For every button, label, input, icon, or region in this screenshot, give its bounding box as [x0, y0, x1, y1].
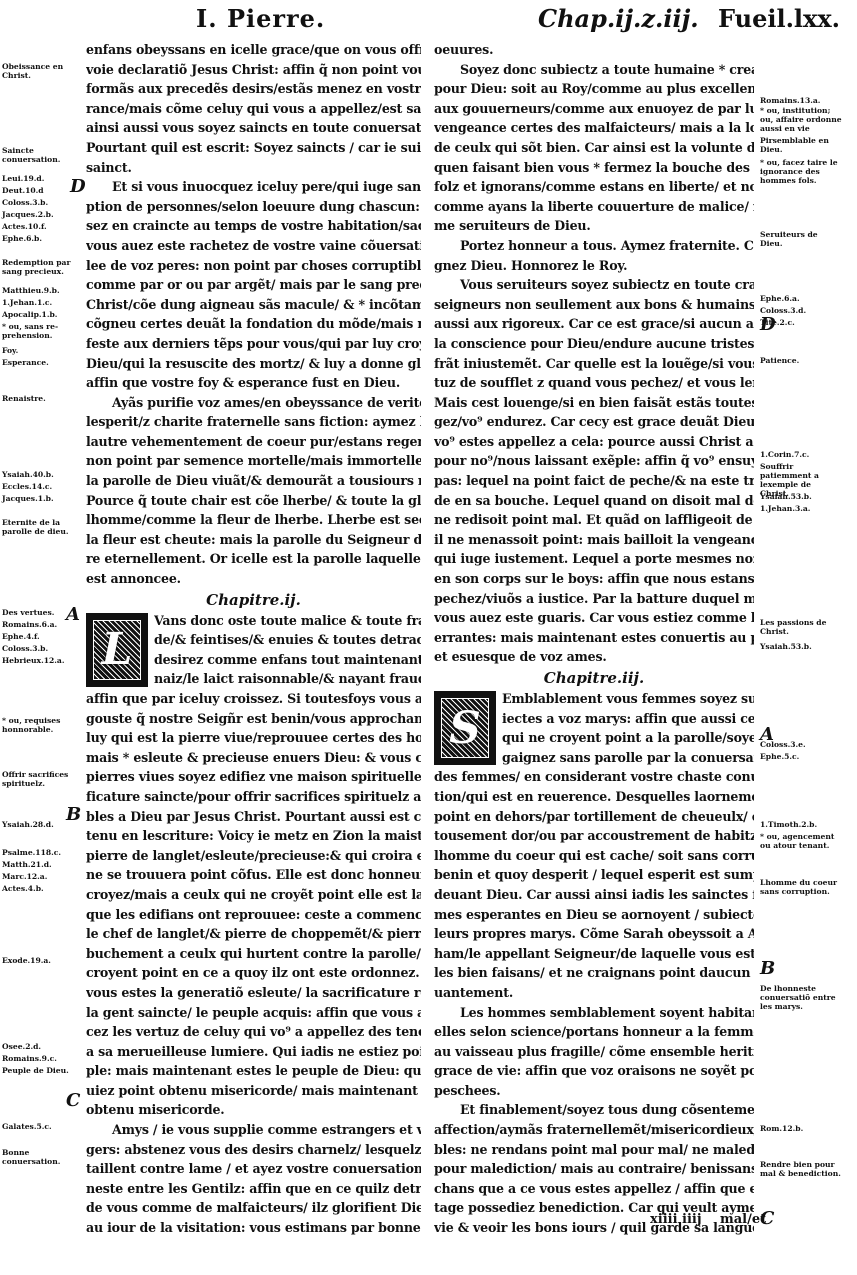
text-line: cez les vertuz de celuy qui vo⁹ a appell…	[86, 1022, 421, 1042]
margin-note: Bonne conuersation.	[2, 1148, 84, 1166]
text-line: de/& feintises/& enuies & toutes detract…	[154, 630, 421, 650]
text-line: voie declaratiõ Jesus Christ: affin q̃ n…	[86, 60, 421, 80]
text-line: qui ne croyent point a la parolle/soyent	[502, 728, 754, 748]
margin-note: Ephe.6.a.	[760, 294, 842, 303]
text-line: Pourtant quil est escrit: Soyez saincts …	[86, 138, 421, 158]
text-line: comme par or ou par argẽt/ mais par le s…	[86, 275, 421, 295]
text-line: comme ayans la liberte couuerture de mal…	[434, 197, 754, 217]
text-line: chans que a ce vous estes appellez / aff…	[434, 1179, 754, 1199]
paragraph-servants: Vous seruiteurs soyez subiectz en toute …	[434, 275, 754, 667]
text-line: aux gouuerneurs/comme aux enuoyez de par…	[434, 99, 754, 119]
margin-note: Psalme.118.c.	[2, 848, 84, 857]
text-line: Pource q̃ toute chair est cõe lherbe/ & …	[86, 491, 421, 511]
text-line: tuz de soufflet z quand vous pechez/ et …	[434, 373, 754, 393]
text-line: ption de personnes/selon loeuure dung ch…	[86, 197, 421, 217]
paragraph-submission: Soyez donc subiectz a toute humaine * cr…	[434, 60, 754, 236]
margin-note: Patience.	[760, 356, 842, 365]
margin-note: Ysaiah.53.b.	[760, 492, 842, 501]
text-line: luy qui est la pierre viue/reprouuee cer…	[86, 728, 421, 748]
margin-note: Rom.12.b.	[760, 1124, 842, 1133]
text-line: oeuures.	[434, 40, 754, 60]
text-line: vous auez este guaris. Car vous estiez c…	[434, 608, 754, 628]
margin-note: Ephe.6.b.	[2, 234, 84, 243]
margin-section-letter: B	[760, 958, 775, 979]
text-line: il ne menassoit point: mais bailloit la …	[434, 530, 754, 550]
margin-note: Apocalip.1.b.	[2, 310, 84, 319]
text-line: Portez honneur a tous. Aymez fraternite.…	[434, 236, 754, 256]
text-line: tenu en lescriture: Voicy ie metz en Zio…	[86, 826, 421, 846]
margin-note: Marc.12.a.	[2, 872, 84, 881]
text-line: gers: abstenez vous des desirs charnelz/…	[86, 1140, 421, 1160]
margin-section-letter: A	[66, 604, 80, 625]
margin-note: Hebrieux.12.a.	[2, 656, 84, 665]
text-line: Dieu/qui la resuscite des mortz/ & luy a…	[86, 354, 421, 374]
text-line: lesperit/z charite fraternelle sans fict…	[86, 412, 421, 432]
text-line: pour malediction/ mais au contraire/ ben…	[434, 1159, 754, 1179]
text-line: folz et ignorans/comme estans en liberte…	[434, 177, 754, 197]
text-line: affin que par iceluy croissez. Si toutes…	[86, 689, 421, 709]
paragraph-living-stones: affin que par iceluy croissez. Si toutes…	[86, 689, 421, 1120]
text-line: lhomme du coeur qui est cache/ soit sans…	[434, 846, 754, 866]
text-line: feste aux derniers tẽps pour vous/qui pa…	[86, 334, 421, 354]
text-line: le chef de langlet/& pierre de choppemẽt…	[86, 924, 421, 944]
text-line: uiez point obtenu misericorde/ mais main…	[86, 1081, 421, 1101]
text-line: croyent point en ce a quoy ilz ont este …	[86, 963, 421, 983]
text-line: des femmes/ en considerant vostre chaste…	[434, 767, 754, 787]
text-line: vengeance certes des malfaicteurs/ mais …	[434, 118, 754, 138]
text-line: iectes a voz marys: affin que aussi ceul…	[502, 709, 754, 729]
text-line: frãt iniustemẽt. Car quelle est la louẽg…	[434, 354, 754, 374]
margin-note: Osee.2.d.	[2, 1042, 84, 1051]
paragraph-strangers: Amys / ie vous supplie comme estrangers …	[86, 1120, 421, 1238]
margin-note: Saincte conuersation.	[2, 146, 84, 164]
margin-note: 1.Corin.7.c.	[760, 450, 842, 459]
text-line: tage possediez benediction. Car qui veul…	[434, 1198, 754, 1218]
text-line: Et finablement/soyez tous dung cõsenteme…	[434, 1100, 754, 1120]
paragraph-new-birth: Ayãs purifie voz ames/en obeyssance de v…	[86, 393, 421, 589]
chapter-heading-3: Chapitre.iij.	[434, 667, 754, 689]
text-line: de vous comme de malfaicteurs/ ilz glori…	[86, 1198, 421, 1218]
margin-note: * ou, facez taire le ignorance des homme…	[760, 158, 842, 185]
text-line: gaignez sans parolle par la conuersation	[502, 748, 754, 768]
margin-note: Seruiteurs de Dieu.	[760, 230, 842, 248]
text-line: vous auez este rachetez de vostre vaine …	[86, 236, 421, 256]
text-line: uantement.	[434, 983, 754, 1003]
text-line: ainsi aussi vous soyez saincts en toute …	[86, 118, 421, 138]
text-line: affection/aymãs fraternellemẽt/misericor…	[434, 1120, 754, 1140]
margin-note: Ephe.5.c.	[760, 752, 842, 761]
text-line: croyez/mais a ceulx qui ne croyẽt point …	[86, 885, 421, 905]
text-line: enfans obeyssans en icelle grace/que on …	[86, 40, 421, 60]
decorated-initial: S	[434, 691, 496, 765]
text-line: buchement a ceulx qui hurtent contre la …	[86, 944, 421, 964]
text-line: que les edifians ont reprouuee: ceste a …	[86, 905, 421, 925]
text-line: affin que vostre foy & esperance fust en…	[86, 373, 421, 393]
paragraph-honor-all: Portez honneur a tous. Aymez fraternite.…	[434, 236, 754, 275]
text-line: tousement dor/ou par accoustrement de ha…	[434, 826, 754, 846]
text-line: pechez/viuõs a iustice. Par la batture d…	[434, 589, 754, 609]
text-line: Mais cest louenge/si en bien faisãt estã…	[434, 393, 754, 413]
margin-section-letter: A	[760, 724, 774, 745]
text-line: leurs propres marys. Cõme Sarah obeyssoi…	[434, 924, 754, 944]
text-line: benin et quoy desperit / lequel esperit …	[434, 865, 754, 885]
paragraph-redemption: Et si vous inuocquez iceluy pere/qui iug…	[86, 177, 421, 393]
text-line: re eternellement. Or icelle est la parol…	[86, 549, 421, 569]
paragraph-wives: des femmes/ en considerant vostre chaste…	[434, 767, 754, 1002]
margin-section-letter: D	[70, 176, 86, 197]
margin-note: Ysaiah.40.b.	[2, 470, 84, 479]
initial-letter: S	[437, 694, 493, 762]
chapter-2-opening: L Vans donc oste toute malice & toute fr…	[86, 611, 421, 689]
text-line: et esuesque de voz ames.	[434, 647, 754, 667]
text-line: errantes: mais maintenant estes conuerti…	[434, 628, 754, 648]
chapter-3-opening: S Emblablement vous femmes soyez subiect…	[434, 689, 754, 767]
chapter-range: Chap.ij.z.iij.	[538, 4, 699, 33]
folio-number: Fueil.lxx.	[718, 4, 840, 33]
margin-note: Ephe.4.f.	[2, 632, 84, 641]
margin-note: Les passions de Christ.	[760, 618, 842, 636]
text-line: la parolle de Dieu viuãt/& demourãt a to…	[86, 471, 421, 491]
margin-note: Renaistre.	[2, 394, 84, 403]
margin-note: Ysaiah.53.b.	[760, 642, 842, 651]
text-line: pour Dieu: soit au Roy/comme au plus exc…	[434, 79, 754, 99]
text-line: est annoncee.	[86, 569, 421, 589]
chapter-heading-2: Chapitre.ij.	[86, 589, 421, 611]
text-line: Vans donc oste toute malice & toute frau	[154, 611, 421, 631]
margin-note: Actes.4.b.	[2, 884, 84, 893]
text-line: non point par semence mortelle/mais immo…	[86, 451, 421, 471]
margin-note: Matthieu.9.b.	[2, 286, 84, 295]
text-line: peschees.	[434, 1081, 754, 1101]
margin-note: 1.Jehan.3.a.	[760, 504, 842, 513]
margin-note: Redemption par sang precieux.	[2, 258, 84, 276]
text-line: ne redisoit point mal. Et quãd on laffli…	[434, 510, 754, 530]
margin-note: * ou, requises honnorable.	[2, 716, 84, 734]
margin-note: Galates.5.c.	[2, 1122, 84, 1131]
text-line: gouste q̃ nostre Seigñr est benin/vous a…	[86, 709, 421, 729]
running-title: I. Pierre.	[196, 4, 325, 33]
signature-mark: xiiii iiij	[650, 1212, 702, 1227]
text-line: ham/le appellant Seigneur/de laquelle vo…	[434, 944, 754, 964]
margin-note: Eternite de la parolle de dieu.	[2, 518, 84, 536]
text-line: deuant Dieu. Car aussi ainsi iadis les s…	[434, 885, 754, 905]
text-line: neste entre les Gentilz: affin que en ce…	[86, 1179, 421, 1199]
text-line: Vous seruiteurs soyez subiectz en toute …	[434, 275, 754, 295]
text-line: vie & veoir les bons iours / quil garde …	[434, 1218, 754, 1238]
text-line: gez/vo⁹ endurez. Car cecy est grace deuã…	[434, 412, 754, 432]
text-line: au vaisseau plus fragille/ cõme ensemble…	[434, 1042, 754, 1062]
text-line: Les hommes semblablement soyent habitans…	[434, 1003, 754, 1023]
text-line: la fleur est cheute: mais la parolle du …	[86, 530, 421, 550]
text-line: mais * esleute & precieuse enuers Dieu: …	[86, 748, 421, 768]
text-line: elles selon science/portans honneur a la…	[434, 1022, 754, 1042]
margin-note: Peuple de Dieu.	[2, 1066, 84, 1075]
text-line: Ayãs purifie voz ames/en obeyssance de v…	[86, 393, 421, 413]
text-line: cõgneu certes deuãt la fondation du mõde…	[86, 314, 421, 334]
text-line: desirez comme enfans tout maintenant	[154, 650, 421, 670]
margin-note: 1.Timoth.2.b.	[760, 820, 842, 829]
text-line: Amys / ie vous supplie comme estrangers …	[86, 1120, 421, 1140]
text-line: grace de vie: affin que voz oraisons ne …	[434, 1061, 754, 1081]
margin-note: Esperance.	[2, 358, 84, 367]
text-line: la conscience pour Dieu/endure aucune tr…	[434, 334, 754, 354]
text-line: obtenu misericorde.	[86, 1100, 421, 1120]
book-page: I. Pierre. Chap.ij.z.iij. Fueil.lxx. Obe…	[0, 0, 857, 1275]
text-line: naiz/le laict raisonnable/& nayant fraud…	[154, 669, 421, 689]
text-line: les bien faisans/ et ne craignans point …	[434, 963, 754, 983]
text-line: seigneurs non seullement aux bons & huma…	[434, 295, 754, 315]
text-line: en son corps sur le boys: affin que nous…	[434, 569, 754, 589]
margin-note: Lhomme du coeur sans corruption.	[760, 878, 842, 896]
text-line: Christ/cõe dung aigneau sãs macule/ & * …	[86, 295, 421, 315]
margin-note: Coloss.3.b.	[2, 198, 84, 207]
text-line: pierre de langlet/esleute/precieuse:& qu…	[86, 846, 421, 866]
paragraph-unity: Et finablement/soyez tous dung cõsenteme…	[434, 1100, 754, 1237]
text-line: point en dehors/par tortillement de cheu…	[434, 807, 754, 827]
text-line: ficature saincte/pour offrir sacrifices …	[86, 787, 421, 807]
text-line: ne se trouuera point cõfus. Elle est don…	[86, 865, 421, 885]
text-line: sez en craincte au temps de vostre habit…	[86, 216, 421, 236]
text-line: qui iuge iustement. Lequel a porte mesme…	[434, 549, 754, 569]
paragraph-obedience: enfans obeyssans en icelle grace/que on …	[86, 40, 421, 177]
margin-note: Jacques.2.b.	[2, 210, 84, 219]
margin-note: 1.Jehan.1.c.	[2, 298, 84, 307]
right-text-column: oeuures. Soyez donc subiectz a toute hum…	[434, 40, 754, 1238]
margin-note: De lhonneste conuersatiõ entre les marys…	[760, 984, 842, 1011]
text-line: tion/qui est en reuerence. Desquelles la…	[434, 787, 754, 807]
margin-note: Foy.	[2, 346, 84, 355]
margin-note: * ou, agencement ou atour tenant.	[760, 832, 842, 850]
text-line: la gent saincte/ le peuple acquis: affin…	[86, 1003, 421, 1023]
paragraph-continued: oeuures.	[434, 40, 754, 60]
text-line: ple: mais maintenant estes le peuple de …	[86, 1061, 421, 1081]
text-line: gnez Dieu. Honnorez le Roy.	[434, 256, 754, 276]
text-line: aussi aux rigoreux. Car ce est grace/si …	[434, 314, 754, 334]
margin-section-letter: C	[66, 1090, 80, 1111]
margin-note: Obeissance en Christ.	[2, 62, 84, 80]
text-line: lhomme/comme la fleur de lherbe. Lherbe …	[86, 510, 421, 530]
text-line: vous estes la generatiõ esleute/ la sacr…	[86, 983, 421, 1003]
margin-note: * ou, institution; ou, affaire ordonne a…	[760, 106, 842, 133]
text-line: bles: ne rendans point mal pour mal/ ne …	[434, 1140, 754, 1160]
text-line: Et si vous inuocquez iceluy pere/qui iug…	[86, 177, 421, 197]
margin-note: Pirsemblable en Dieu.	[760, 136, 842, 154]
margin-note: Rendre bien pour mal & benediction.	[760, 1160, 842, 1178]
text-line: de ceulx qui sõt bien. Car ainsi est la …	[434, 138, 754, 158]
text-line: a sa merueilleuse lumiere. Qui iadis ne …	[86, 1042, 421, 1062]
catchword: mal/et	[720, 1212, 766, 1227]
text-line: mes esperantes en Dieu se aornoyent / su…	[434, 905, 754, 925]
text-line: pierres viues soyez edifiez vne maison s…	[86, 767, 421, 787]
text-line: rance/mais cõme celuy qui vous a appelle…	[86, 99, 421, 119]
margin-note: Eccles.14.c.	[2, 482, 84, 491]
margin-note: Romains.9.c.	[2, 1054, 84, 1063]
text-line: formãs aux precedẽs desirs/estãs menez e…	[86, 79, 421, 99]
text-line: vo⁹ estes appellez a cela: pource aussi …	[434, 432, 754, 452]
text-line: taillent contre lame / et ayez vostre co…	[86, 1159, 421, 1179]
margin-section-letter: D	[760, 314, 776, 335]
text-line: lautre vehementement de coeur pur/estans…	[86, 432, 421, 452]
margin-section-letter: B	[66, 804, 81, 825]
text-line: au iour de la visitation: vous estimans …	[86, 1218, 421, 1238]
margin-note: Actes.10.f.	[2, 222, 84, 231]
text-line: quen faisant bien vous * fermez la bouch…	[434, 158, 754, 178]
text-line: sainct.	[86, 158, 421, 178]
paragraph-husbands: Les hommes semblablement soyent habitans…	[434, 1003, 754, 1101]
margin-note: * ou, sans re-prehension.	[2, 322, 84, 340]
text-line: bles a Dieu par Jesus Christ. Pourtant a…	[86, 807, 421, 827]
left-text-column: enfans obeyssans en icelle grace/que on …	[86, 40, 421, 1238]
text-line: Emblablement vous femmes soyez sub	[502, 689, 754, 709]
text-line: Soyez donc subiectz a toute humaine * cr…	[434, 60, 754, 80]
text-line: me seruiteurs de Dieu.	[434, 216, 754, 236]
text-line: de en sa bouche. Lequel quand on disoit …	[434, 491, 754, 511]
margin-note: Jacques.1.b.	[2, 494, 84, 503]
decorated-initial: L	[86, 613, 148, 687]
margin-note: Offrir sacrifices spirituelz.	[2, 770, 84, 788]
margin-note: Exode.19.a.	[2, 956, 84, 965]
margin-note: Romains.13.a.	[760, 96, 842, 105]
margin-note: Matth.21.d.	[2, 860, 84, 869]
initial-letter: L	[89, 616, 145, 684]
text-line: lee de voz peres: non point par choses c…	[86, 256, 421, 276]
margin-note: Coloss.3.b.	[2, 644, 84, 653]
text-line: pour no⁹/nous laissant exẽple: affin q̃ …	[434, 451, 754, 471]
text-line: pas: lequel na point faict de peche/& na…	[434, 471, 754, 491]
